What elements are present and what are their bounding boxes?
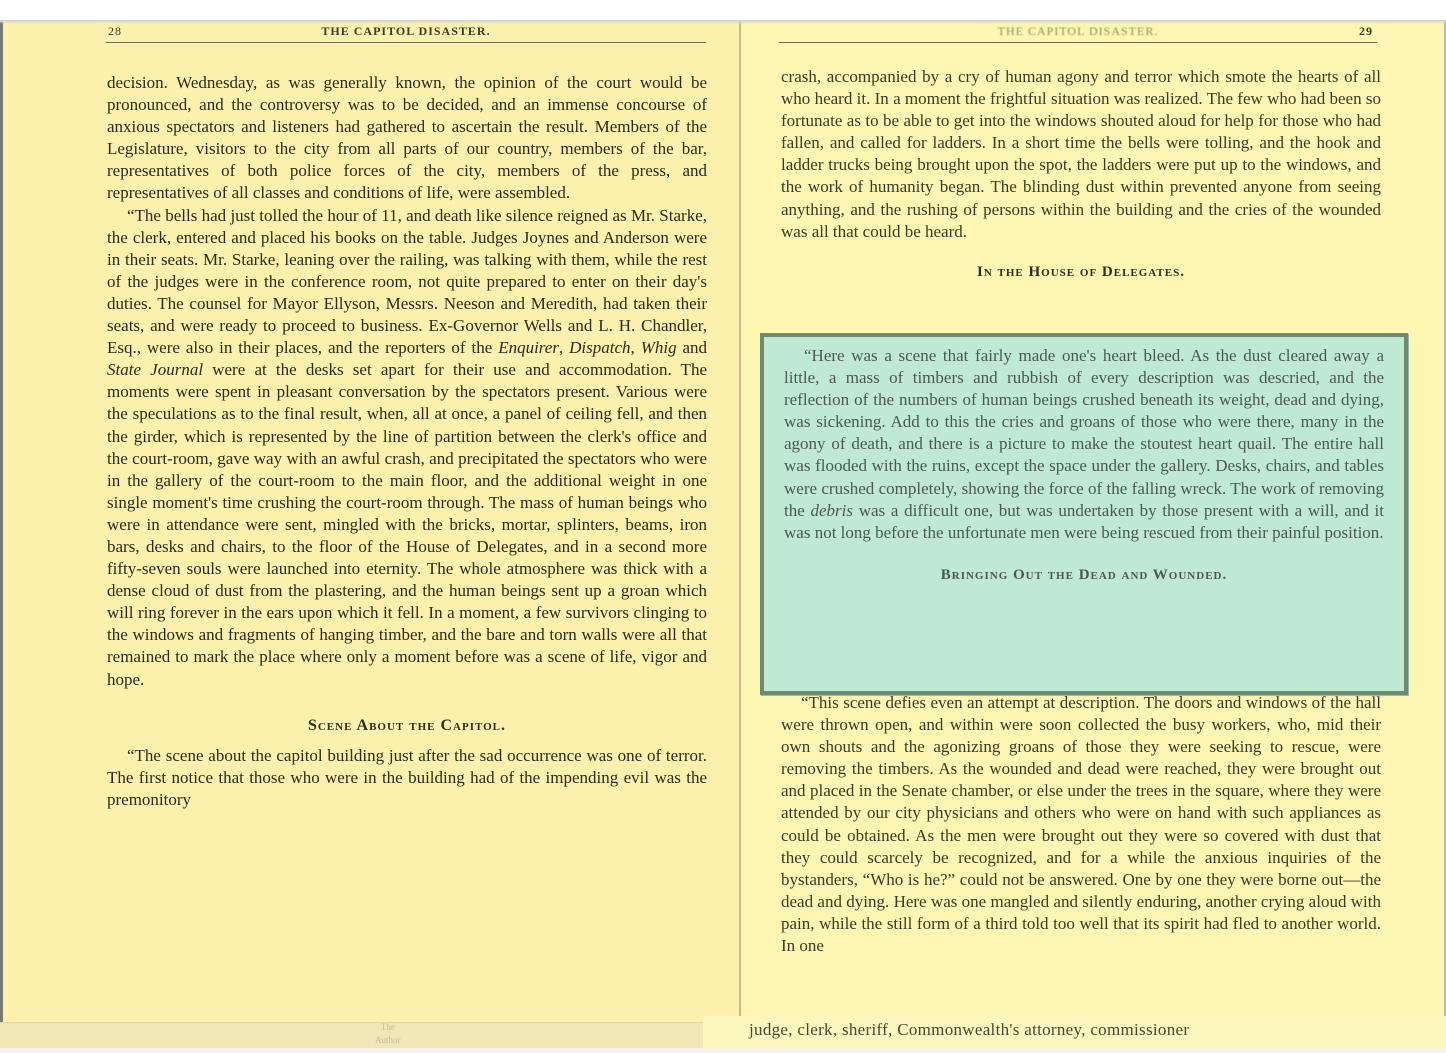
section-heading-house-of-delegates: In the House of Delegates.: [781, 261, 1381, 283]
paragraph: crash, accompanied by a cry of human ago…: [781, 66, 1381, 243]
newspaper-name: State Journal: [107, 360, 203, 379]
newspaper-name: Enquirer: [498, 338, 559, 357]
newspaper-name: Whig: [641, 338, 677, 357]
right-page-body-top: crash, accompanied by a cry of human ago…: [781, 66, 1381, 283]
running-head-right: THE CAPITOL DISASTER. 29: [779, 24, 1377, 43]
section-heading-bringing-out-dead: Bringing Out the Dead and Wounded.: [784, 564, 1384, 586]
bottom-overlay-bar: The Author: [0, 1022, 705, 1049]
newspaper-name: Dispatch: [569, 338, 630, 357]
page-number-right: 29: [1359, 24, 1373, 39]
highlighted-text: “Here was a scene that fairly made one's…: [784, 345, 1384, 586]
caption-text: judge, clerk, sheriff, Commonwealth's at…: [749, 1020, 1189, 1040]
section-heading-scene-about-capitol: Scene About the Capitol.: [107, 715, 707, 737]
paragraph: “Here was a scene that fairly made one's…: [784, 345, 1384, 544]
top-edge-shadow: [0, 20, 1446, 24]
paragraph: “This scene defies even an attempt at de…: [781, 692, 1381, 957]
running-title-left: THE CAPITOL DISASTER.: [106, 24, 706, 39]
caption-bar: judge, clerk, sheriff, Commonwealth's at…: [703, 1016, 1446, 1048]
paragraph: decision. Wednesday, as was generally kn…: [107, 72, 707, 205]
paragraph: “The bells had just tolled the hour of 1…: [107, 205, 707, 691]
running-title-right: THE CAPITOL DISASTER.: [779, 24, 1377, 39]
running-head-left: 28 THE CAPITOL DISASTER.: [106, 24, 706, 43]
faded-label: The Author: [375, 1021, 401, 1047]
bottom-edge: [0, 1048, 1446, 1053]
left-page-body: decision. Wednesday, as was generally kn…: [107, 72, 707, 811]
italic-word: debris: [810, 501, 853, 520]
right-page-body-bottom: “This scene defies even an attempt at de…: [781, 692, 1381, 957]
left-page: 28 THE CAPITOL DISASTER. decision. Wedne…: [0, 22, 741, 1053]
highlighted-region[interactable]: “Here was a scene that fairly made one's…: [760, 333, 1408, 695]
paragraph: “The scene about the capitol building ju…: [107, 745, 707, 811]
